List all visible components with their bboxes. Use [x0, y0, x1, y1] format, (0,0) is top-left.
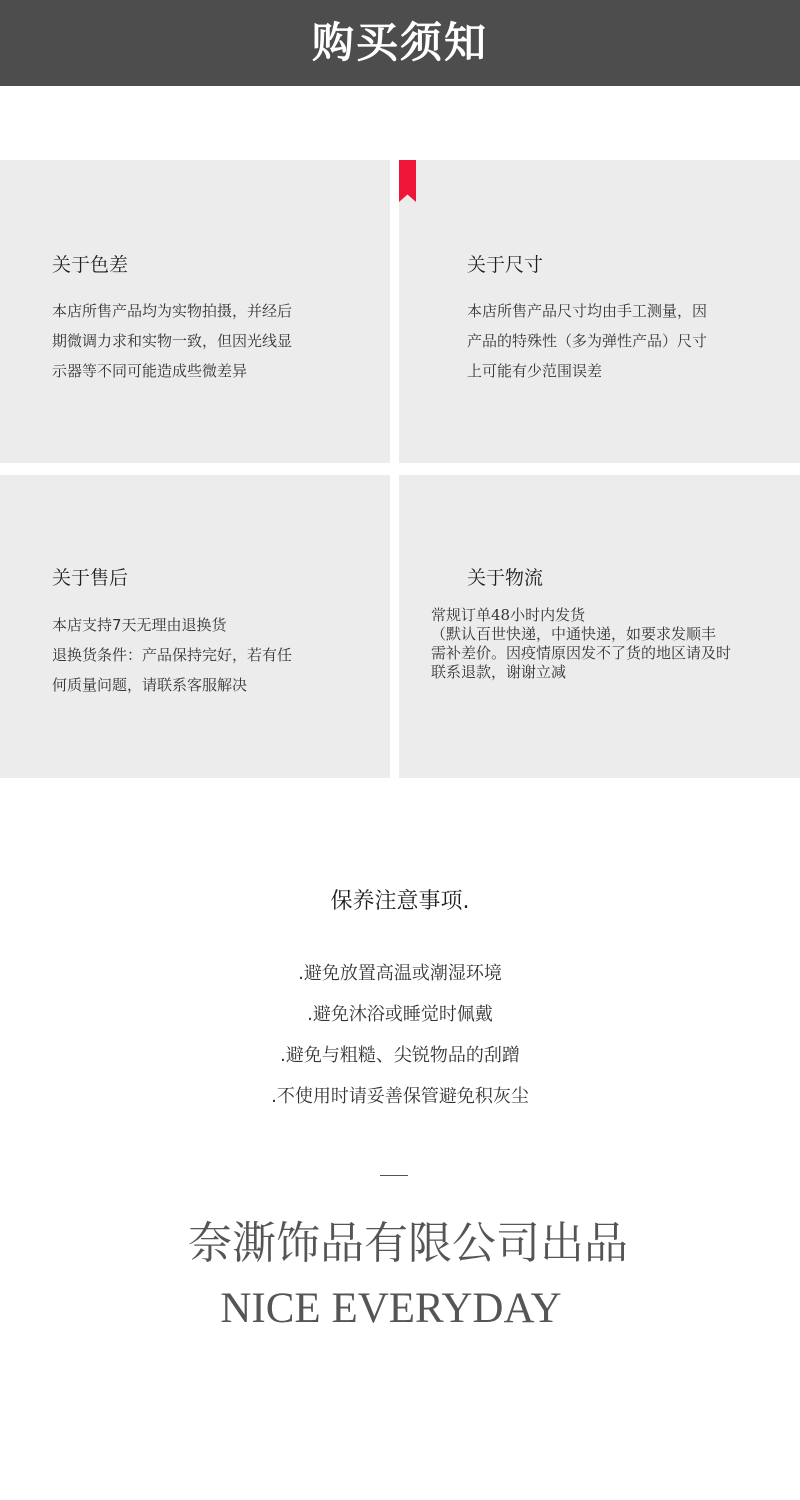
page-title: 购买须知: [312, 10, 488, 70]
care-item: .避免与粗糙、尖锐物品的刮蹭: [0, 1040, 800, 1081]
care-list: .避免放置高温或潮湿环境 .避免沐浴或睡觉时佩戴 .避免与粗糙、尖锐物品的刮蹭 …: [0, 958, 800, 1122]
panel-after-sales: 关于售后 本店支持7天无理由退换货 退换货条件：产品保持完好，若有任 何质量问题…: [0, 475, 390, 778]
company-name: 奈澌饰品有限公司出品: [0, 1207, 800, 1271]
panel-title: 关于售后: [52, 563, 128, 590]
panel-body: 常规订单48小时内发货 （默认百世快递，中通快递，如要求发顺丰 需补差价。因疫情…: [431, 606, 731, 682]
brand-slogan: NICE EVERYDAY: [0, 1284, 800, 1333]
care-item: .避免沐浴或睡觉时佩戴: [0, 999, 800, 1040]
care-item: .避免放置高温或潮湿环境: [0, 958, 800, 999]
care-item: .不使用时请妥善保管避免积灰尘: [0, 1081, 800, 1122]
panel-title: 关于色差: [52, 250, 128, 277]
panel-body: 本店支持7天无理由退换货 退换货条件：产品保持完好，若有任 何质量问题，请联系客…: [52, 610, 292, 700]
panel-body: 本店所售产品尺寸均由手工测量，因 产品的特殊性（多为弹性产品）尺寸 上可能有少范…: [467, 296, 707, 386]
panel-color-difference: 关于色差 本店所售产品均为实物拍摄，并经后 期微调力求和实物一致，但因光线显 示…: [0, 160, 390, 463]
divider: [380, 1175, 408, 1176]
page-header: 购买须知: [0, 0, 800, 86]
panel-body: 本店所售产品均为实物拍摄，并经后 期微调力求和实物一致，但因光线显 示器等不同可…: [52, 296, 292, 386]
panel-logistics: 关于物流 常规订单48小时内发货 （默认百世快递，中通快递，如要求发顺丰 需补差…: [399, 475, 800, 778]
care-title: 保养注意事项.: [0, 884, 800, 915]
panel-title: 关于物流: [467, 563, 543, 590]
panel-size: 关于尺寸 本店所售产品尺寸均由手工测量，因 产品的特殊性（多为弹性产品）尺寸 上…: [399, 160, 800, 463]
panel-title: 关于尺寸: [467, 250, 543, 277]
